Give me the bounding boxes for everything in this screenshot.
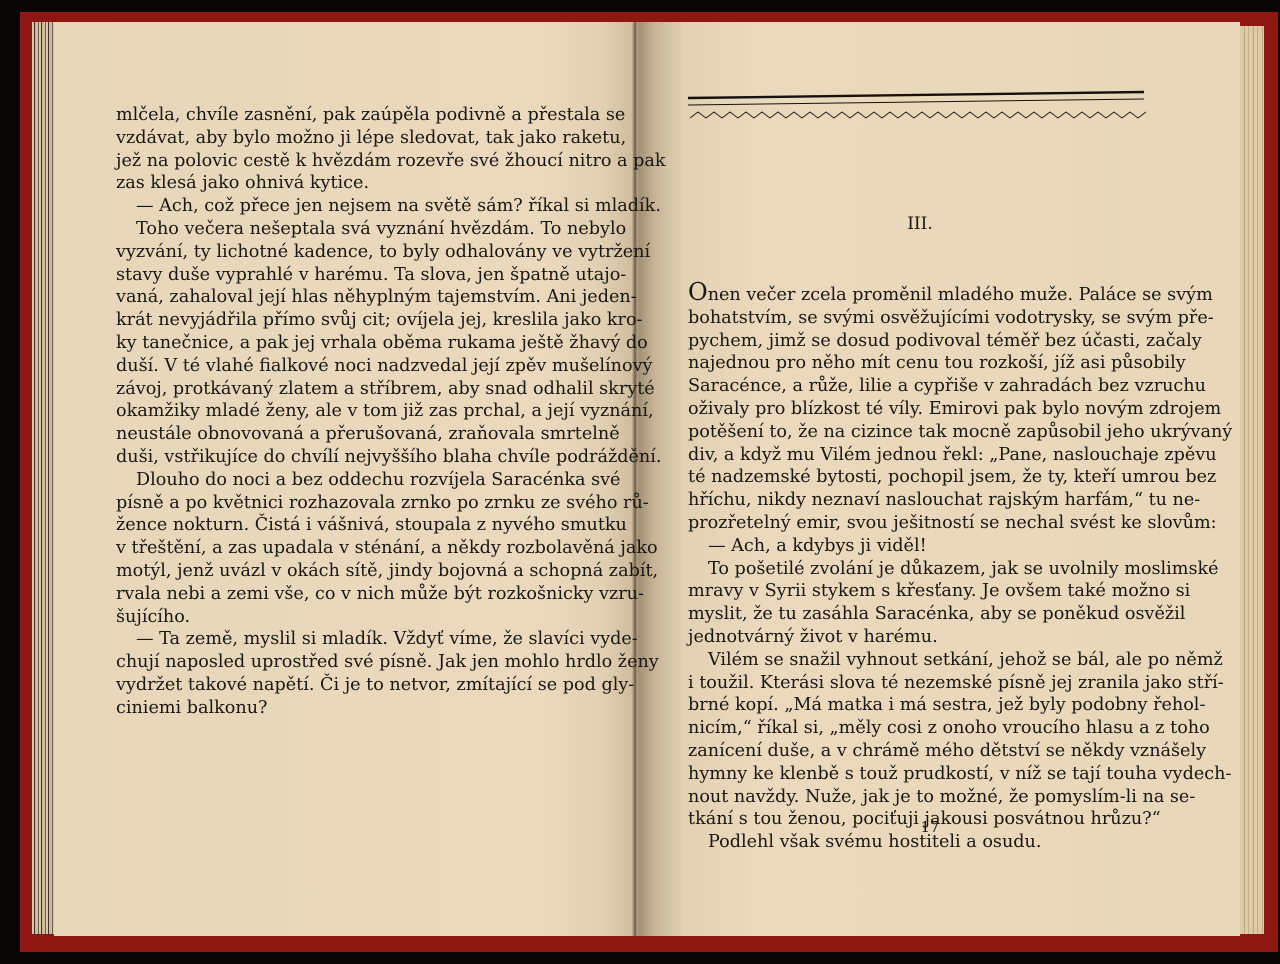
text-line: hymny ke klenbě s touž prudkostí, v níž … <box>688 763 1150 786</box>
chapter-heading: III. <box>880 214 960 234</box>
text-line: ky tanečnice, a pak jej vrhala oběma ruk… <box>116 332 606 355</box>
text-line: To pošetilé zvolání je důkazem, jak se u… <box>688 558 1150 581</box>
text-line: myslit, že tu zasáhla Saracénka, aby se … <box>688 603 1150 626</box>
text-line: div, a když mu Vilém jednou řekl: „Pane,… <box>688 444 1150 467</box>
text-line: brné kopí. „Má matka i má sestra, jež by… <box>688 694 1150 717</box>
text-line: písně a po květnici rozhazovala zrnko po… <box>116 492 606 515</box>
text-line: Vilém se snažil vyhnout setkání, jehož s… <box>688 649 1150 672</box>
drop-cap: O <box>688 278 708 306</box>
text-line: šujícího. <box>116 606 606 629</box>
text-line: pychem, jimž se dosud podivoval téměř be… <box>688 330 1150 353</box>
text-line: žence nokturn. Čistá i vášnivá, stoupala… <box>116 514 606 537</box>
text-line: chují naposled uprostřed své písně. Jak … <box>116 651 606 674</box>
text-line: hříchu, nikdy neznaví naslouchat rajským… <box>688 489 1150 512</box>
text-line: najednou pro něho mít cenu tou rozkoší, … <box>688 352 1150 375</box>
text-line: mravy v Syrii stykem s křesťany. Je ovše… <box>688 580 1150 603</box>
text-line: zanícení duše, a v chrámě mého dětství s… <box>688 740 1150 763</box>
text-line: jednotvárný život v harému. <box>688 626 1150 649</box>
page-number: 17 <box>900 818 960 836</box>
text-line: mlčela, chvíle zasnění, pak zaúpěla podi… <box>116 104 606 127</box>
text-line: motýl, jenž uvázl v okách sítě, jindy bo… <box>116 560 606 583</box>
text-line: nicím,“ říkal si, „měly cosi z onoho vro… <box>688 717 1150 740</box>
text-line: Dlouho do noci a bez oddechu rozvíjela S… <box>116 469 606 492</box>
text-line: bohatstvím, se svými osvěžujícími vodotr… <box>688 307 1150 330</box>
text-line: i toužil. Kterási slova té nezemské písn… <box>688 672 1150 695</box>
text-line: — Ach, což přece jen nejsem na světě sám… <box>116 195 606 218</box>
text-line: závoj, protkávaný zlatem a stříbrem, aby… <box>116 378 606 401</box>
text-line: nout navždy. Nuže, jak je to možné, že p… <box>688 786 1150 809</box>
text-line: potěšení to, že na cizince tak mocně zap… <box>688 421 1150 444</box>
text-line-first: Onen večer zcela proměnil mladého muže. … <box>688 282 1150 307</box>
chapter-ornament-rule <box>688 88 1146 124</box>
text-line: zas klesá jako ohnivá kytice. <box>116 172 606 195</box>
text-line: — Ach, a kdybys ji viděl! <box>688 535 1150 558</box>
left-page-text: mlčela, chvíle zasnění, pak zaúpěla podi… <box>116 104 606 720</box>
text-line: duší. V té vlahé fialkové noci nadzvedal… <box>116 355 606 378</box>
text-line: vzdávat, aby bylo možno ji lépe sledovat… <box>116 127 606 150</box>
page-edges-right <box>1236 26 1264 934</box>
page-edges-left <box>32 22 56 934</box>
text-line: neustále obnovovaná a přerušovaná, zraňo… <box>116 423 606 446</box>
text-line: okamžiky mladé ženy, ale v tom již zas p… <box>116 400 606 423</box>
text-line: prozřetelný emir, svou ješitností se nec… <box>688 512 1150 535</box>
text-line: v třeštění, a zas upadala v sténání, a n… <box>116 537 606 560</box>
text-line: stavy duše vyprahlé v harému. Ta slova, … <box>116 264 606 287</box>
text-line: krát nevyjádřila přímo svůj cit; ovíjela… <box>116 309 606 332</box>
text-line: Toho večera nešeptala svá vyznání hvězdá… <box>116 218 606 241</box>
text-line: té nadzemské bytosti, pochopil jsem, že … <box>688 466 1150 489</box>
text-line: — Ta země, myslil si mladík. Vždyť víme,… <box>116 628 606 651</box>
text-line-rest: nen večer zcela proměnil mladého muže. P… <box>708 285 1213 305</box>
text-line: vyzvání, ty lichotné kadence, to byly od… <box>116 241 606 264</box>
text-line: Saracénce, a růže, lilie a cypřiše v zah… <box>688 375 1150 398</box>
text-line: ciniemi balkonu? <box>116 697 606 720</box>
right-page-text: Onen večer zcela proměnil mladého muže. … <box>688 282 1150 854</box>
text-line: oživaly pro blízkost té víly. Emirovi pa… <box>688 398 1150 421</box>
text-line: vydržet takové napětí. Či je to netvor, … <box>116 674 606 697</box>
text-line: rvala nebi a zemi vše, co v nich může bý… <box>116 583 606 606</box>
text-line: jež na polovic cestě k hvězdám rozevře s… <box>116 150 606 173</box>
text-line: duši, vstřikujíce do chvílí nejvyššího b… <box>116 446 606 469</box>
text-line: vaná, zahaloval její hlas něhyplným taje… <box>116 286 606 309</box>
